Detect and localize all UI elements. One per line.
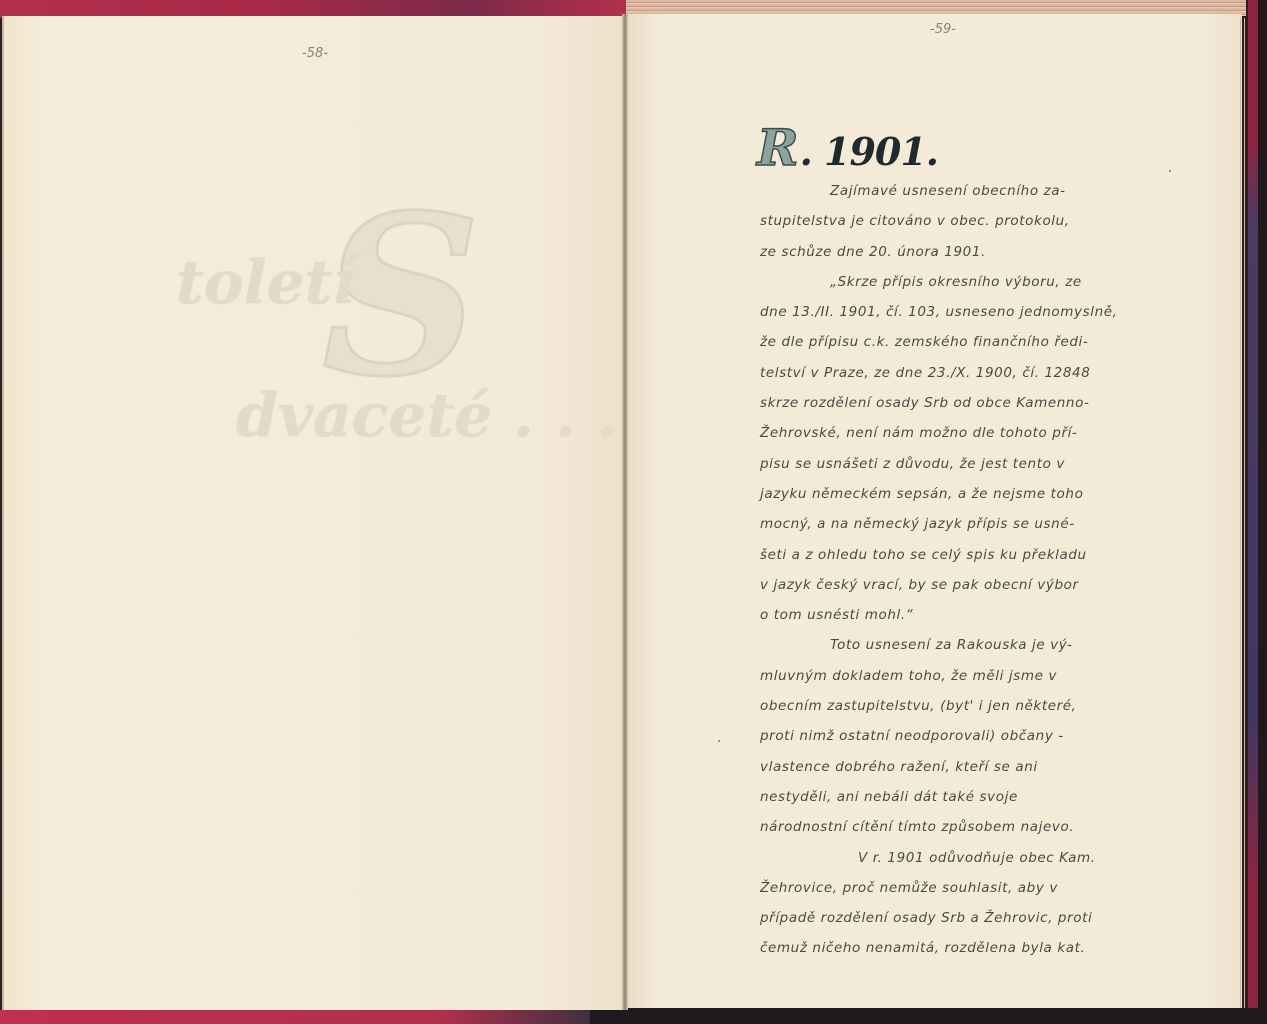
text-line: případě rozdělení osady Srb a Žehrovic, … bbox=[760, 903, 1200, 933]
ink-dot bbox=[1169, 170, 1171, 172]
left-page: -58- S toletí dvaceté . . . bbox=[2, 16, 626, 1010]
year-heading: R. 1901. bbox=[757, 118, 938, 177]
text-line: jazyku německém sepsán, a že nejsme toho bbox=[760, 479, 1200, 509]
text-line: pisu se usnášeti z důvodu, že jest tento… bbox=[760, 449, 1200, 479]
text-line: Žehrovské, není nám možno dle tohoto pří… bbox=[760, 418, 1200, 448]
text-line: Žehrovice, proč nemůže souhlasit, aby v bbox=[760, 873, 1200, 903]
ghost-title-line-1: toletí bbox=[176, 248, 355, 318]
text-line: proti nimž ostatní neodporovali) občany … bbox=[760, 721, 1200, 751]
cover-shadow bbox=[1258, 0, 1267, 1024]
text-line: Toto usnesení za Rakouska je vý- bbox=[760, 630, 1200, 660]
text-line: čemuž ničeho nenamitá, rozdělena byla ka… bbox=[760, 933, 1200, 963]
text-line: nestyděli, ani nebáli dát také svoje bbox=[760, 782, 1200, 812]
text-line: vlastence dobrého ražení, kteří se ani bbox=[760, 752, 1200, 782]
page-edge-line bbox=[1240, 18, 1241, 1008]
text-line: stupitelstva je citováno v obec. protoko… bbox=[760, 206, 1200, 236]
text-line: V r. 1901 odůvodňuje obec Kam. bbox=[760, 843, 1200, 873]
text-line: že dle přípisu c.k. zemského finančního … bbox=[760, 327, 1200, 357]
ink-dot bbox=[718, 740, 720, 742]
page-number: -59- bbox=[930, 22, 956, 37]
text-line: o tom usnésti mohl.“ bbox=[760, 600, 1200, 630]
handwritten-text-block: Zajímavé usnesení obecního za-stupitelst… bbox=[760, 176, 1200, 964]
text-line: národnostní cítění tímto způsobem najevo… bbox=[760, 812, 1200, 842]
book-cover-bottom-edge bbox=[0, 1010, 628, 1024]
heading-year: . 1901. bbox=[800, 129, 938, 174]
text-line: telství v Praze, ze dne 23./X. 1900, čí.… bbox=[760, 358, 1200, 388]
text-line: šeti a z ohledu toho se celý spis ku pře… bbox=[760, 540, 1200, 570]
heading-initial: R bbox=[757, 118, 798, 177]
text-line: Zajímavé usnesení obecního za- bbox=[760, 176, 1200, 206]
text-line: dne 13./II. 1901, čí. 103, usneseno jedn… bbox=[760, 297, 1200, 327]
page-edge-line bbox=[1244, 18, 1245, 1008]
text-line: v jazyk český vrací, by se pak obecní vý… bbox=[760, 570, 1200, 600]
text-line: obecním zastupitelstvu, (byt' i jen někt… bbox=[760, 691, 1200, 721]
bottom-shadow bbox=[590, 1008, 1267, 1024]
page-number: -58- bbox=[302, 46, 328, 61]
text-line: skrze rozdělení osady Srb od obce Kamenn… bbox=[760, 388, 1200, 418]
text-line: „Skrze přípis okresního výboru, ze bbox=[760, 267, 1200, 297]
text-line: mluvným dokladem toho, že měli jsme v bbox=[760, 661, 1200, 691]
ghost-title-line-2: dvaceté . . . bbox=[236, 381, 618, 451]
text-line: ze schůze dne 20. února 1901. bbox=[760, 237, 1200, 267]
text-line: mocný, a na německý jazyk přípis se usné… bbox=[760, 509, 1200, 539]
